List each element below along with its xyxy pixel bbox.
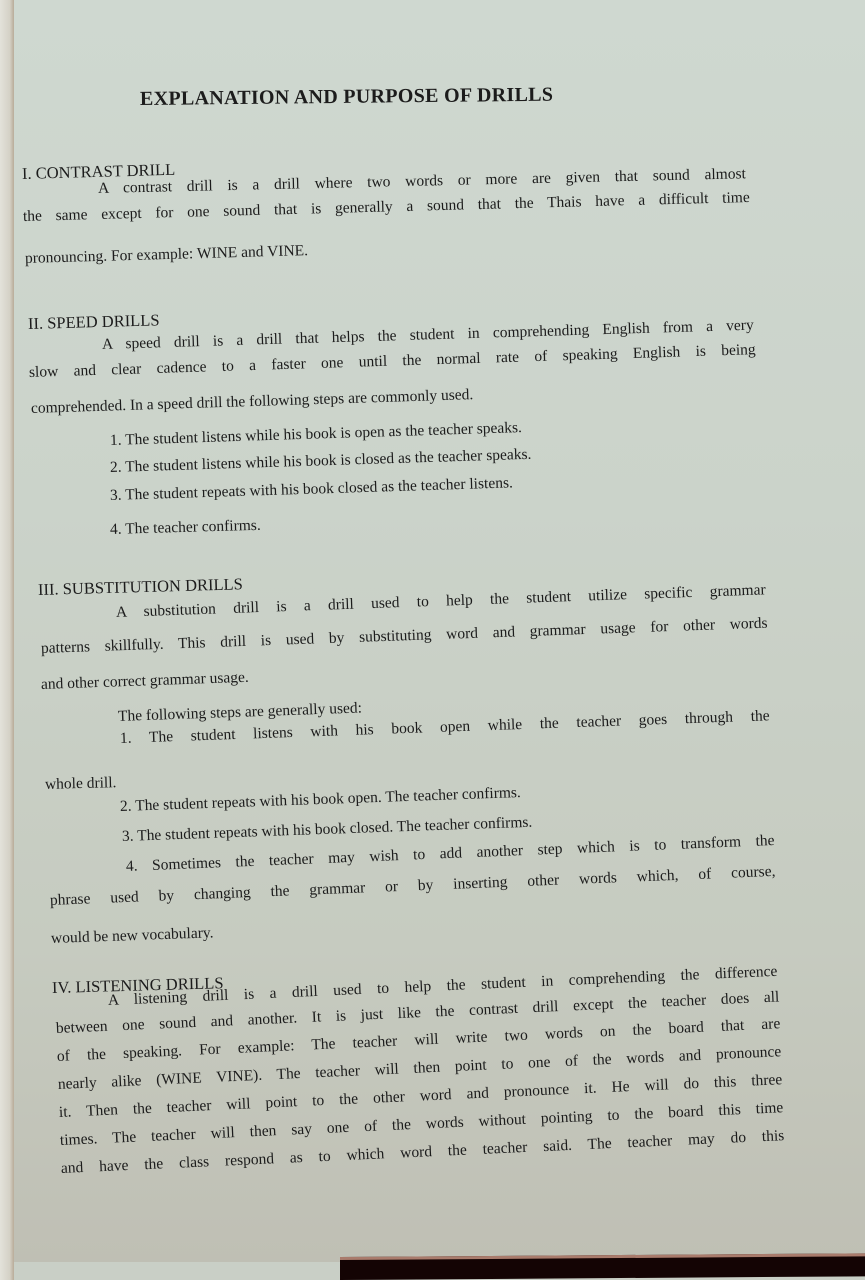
- list-item: 2. The student repeats with his book ope…: [120, 784, 521, 816]
- list-item: 1. The student listens while his book is…: [110, 419, 522, 450]
- section-heading-speed: II. SPEED DRILLS: [28, 310, 160, 334]
- list-item-continued: whole drill.: [45, 774, 117, 794]
- document-body: EXPLANATION AND PURPOSE OF DRILLS I. CON…: [0, 0, 865, 1280]
- paragraph-line: and other correct grammar usage.: [41, 669, 249, 694]
- list-item: 4. The teacher confirms.: [110, 517, 261, 539]
- section-heading-substitution: III. SUBSTITUTION DRILLS: [38, 574, 243, 600]
- page-title: EXPLANATION AND PURPOSE OF DRILLS: [140, 84, 553, 111]
- list-item: 3. The student repeats with his book clo…: [122, 814, 533, 846]
- list-item-continued: would be new vocabulary.: [51, 924, 214, 948]
- paragraph-line: patterns skillfully. This drill is used …: [41, 615, 768, 658]
- list-item: 2. The student listens while his book is…: [110, 446, 532, 477]
- paragraph-line: comprehended. In a speed drill the follo…: [31, 386, 474, 418]
- paragraph-line: pronouncing. For example: WINE and VINE.: [25, 242, 309, 268]
- list-item: 3. The student repeats with his book clo…: [110, 474, 513, 505]
